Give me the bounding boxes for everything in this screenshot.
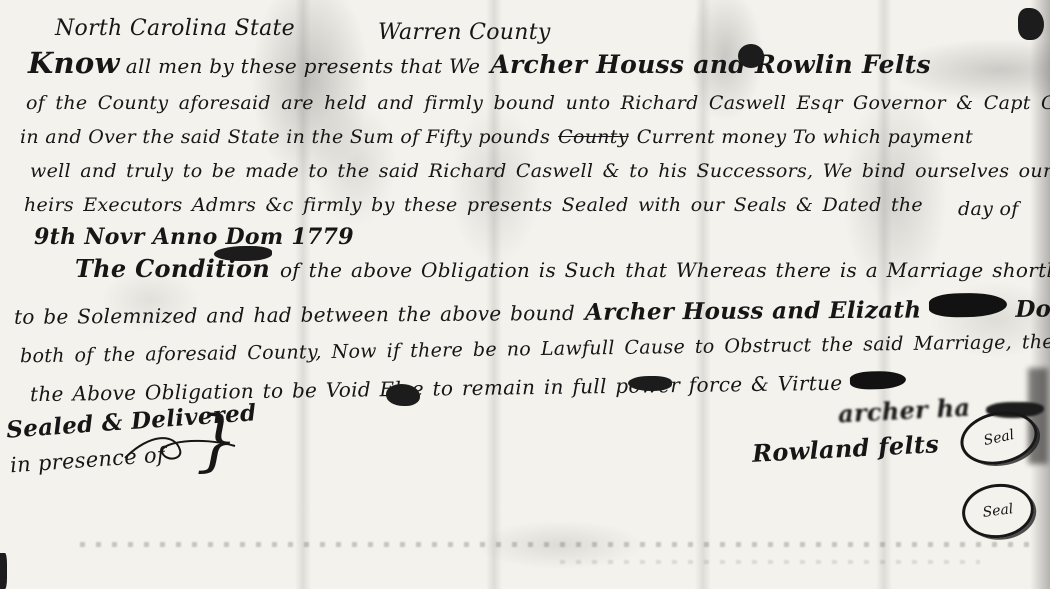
obligation-line-4: well and truly to be made to the said Ri… <box>30 160 1050 182</box>
obligation-line-5: heirs Executors Admrs &c firmly by these… <box>24 194 923 216</box>
obligation-line-3-pre: in and Over the said State in the Sum of… <box>20 126 550 148</box>
ink-blot <box>386 384 420 406</box>
corner-ink-mark <box>1018 8 1044 40</box>
ink-blot <box>628 376 672 391</box>
groom-signature-smudged: archer ha <box>837 393 971 429</box>
ink-blot <box>738 44 764 68</box>
condition-line-4: the Above Obligation to be Void Else to … <box>30 371 843 406</box>
obligation-line-3-post: Current money To which payment <box>637 126 973 148</box>
header-county: Warren County <box>378 20 551 45</box>
principal-names: Archer Houss and Rowlin Felts <box>490 50 931 79</box>
pen-flourish-icon <box>120 428 240 468</box>
paper-fold-line <box>295 0 311 589</box>
header-state: North Carolina State <box>55 16 295 41</box>
ink-blot <box>850 371 906 390</box>
fold-speckle-line <box>560 560 980 564</box>
ink-blot <box>214 246 272 261</box>
bride-surname: Dowell <box>1015 295 1050 323</box>
paper-fold-line <box>486 0 502 589</box>
condition-line-1: of the above Obligation is Such that Whe… <box>280 258 1050 282</box>
wax-seal-mark: Seal <box>959 480 1037 542</box>
struck-word: County <box>558 126 629 148</box>
date-line: 9th Novr Anno Dom 1779 <box>34 224 354 250</box>
edge-mark <box>0 553 7 589</box>
ink-blot <box>929 293 1007 318</box>
condition-line-2-pre: to be Solemnized and had between the abo… <box>14 301 575 329</box>
fold-speckle-line <box>80 542 1030 547</box>
opening-text: all men by these presents that We <box>126 54 481 78</box>
seal-label: Seal <box>982 501 1014 521</box>
edge-stain <box>1028 368 1048 464</box>
document-scan: North Carolina State Warren County Know … <box>0 0 1050 589</box>
condition-line-3: both of the aforesaid County, Now if the… <box>20 331 1050 368</box>
seal-label: Seal <box>982 427 1015 449</box>
obligation-line-2: of the County aforesaid are held and fir… <box>26 92 1050 114</box>
obligation-line-5-right: day of <box>958 198 1019 220</box>
bondsman-signature: Rowland felts <box>751 429 939 468</box>
couple-names: Archer Houss and Elizath <box>585 296 922 325</box>
opening-word: Know <box>28 46 120 80</box>
